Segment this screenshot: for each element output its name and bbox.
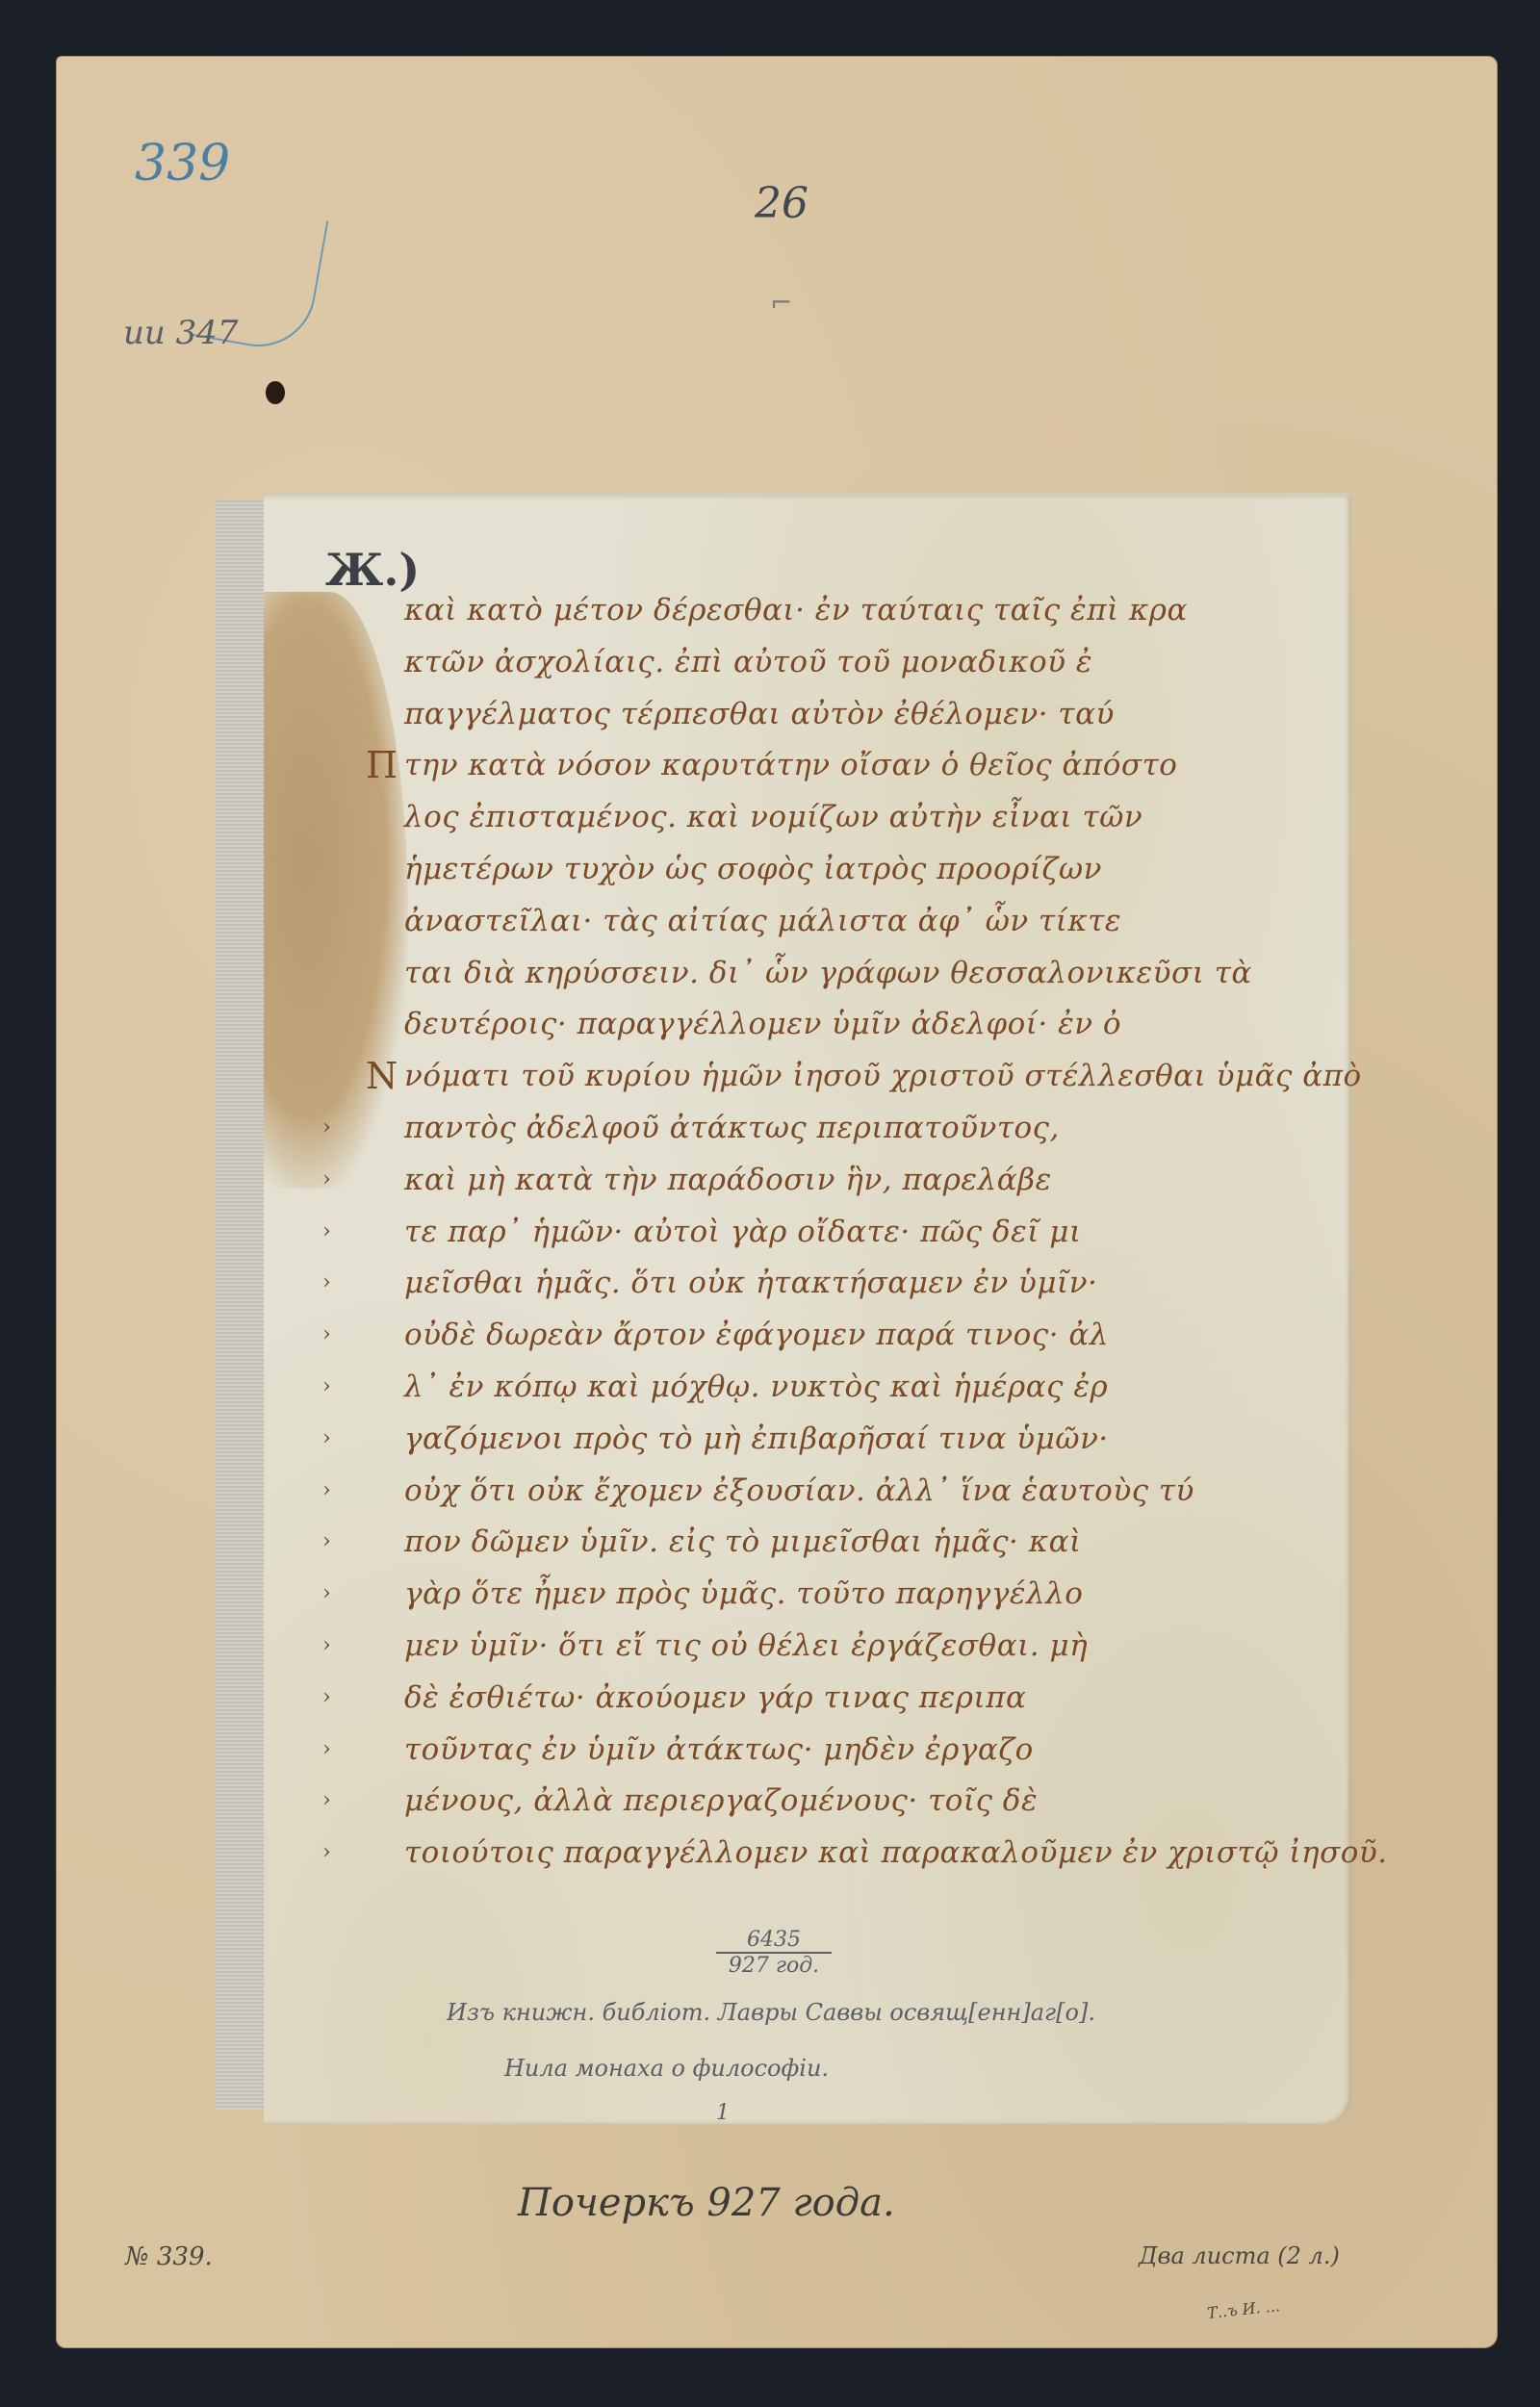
diple-mark: › — [322, 1309, 331, 1361]
text-line: Πτην κατὰ νόσον καρυτάτην οἴσαν ὁ θεῖος … — [404, 739, 1367, 791]
text-line: ›γὰρ ὅτε ἦμεν πρὸς ὑμᾶς. τοῦτο παρηγγέλλ… — [404, 1568, 1367, 1620]
text-line: ›μεν ὑμῖν· ὅτι εἴ τις οὐ θέλει ἐργάζεσθα… — [404, 1620, 1367, 1672]
diple-mark: › — [322, 1102, 331, 1154]
source-note: Изъ книжн. библіот. Лавры Саввы освящ[ен… — [447, 1999, 1095, 2026]
date-note: 6435 927 год. — [716, 1928, 832, 1978]
text-line: ›δὲ ἐσθιέτω· ἀκούομεν γάρ τινας περιπα — [404, 1672, 1367, 1724]
spine-tape — [216, 500, 267, 2110]
text-line: παγγέλματος τέρπεσθαι αὐτὸν ἐθέλομεν· τα… — [404, 688, 1367, 740]
text-line: λος ἐπισταμένος. καὶ νομίζων αὐτὴν εἶναι… — [404, 791, 1367, 843]
diple-mark: › — [322, 1568, 331, 1620]
signature: Т..ъ И. ... — [1206, 2296, 1281, 2322]
diple-mark: › — [322, 1672, 331, 1724]
text-line: ›γαζόμενοι πρὸς τὸ μὴ ἐπιβαρῆσαί τινα ὑμ… — [404, 1413, 1367, 1465]
text-line: Ννόματι τοῦ κυρίου ἡμῶν ἰησοῦ χριστοῦ στ… — [404, 1050, 1367, 1102]
text-line: ›καὶ μὴ κατὰ τὴν παράδοσιν ἣν, παρελάβε — [404, 1154, 1367, 1206]
text-line: ›οὐχ ὅτι οὐκ ἔχομεν ἐξουσίαν. ἀλλ᾽ ἵνα ἑ… — [404, 1465, 1367, 1517]
initial-letter: Π — [366, 739, 398, 791]
text-line: δευτέροις· παραγγέλλομεν ὑμῖν ἀδελφοί· ἐ… — [404, 998, 1367, 1050]
parchment-leaf: Ж.) καὶ κατὸ μέτον δέρεσθαι· ἐν ταύταις … — [264, 493, 1351, 2124]
ad-year: 927 год. — [729, 1954, 819, 1978]
text-line: ›τε παρ᾽ ἡμῶν· αὐτοὶ γὰρ οἴδατε· πῶς δεῖ… — [404, 1206, 1367, 1258]
ink-blot — [266, 381, 285, 404]
diple-mark: › — [322, 1413, 331, 1465]
text-line: ›πον δῶμεν ὑμῖν. εἰς τὸ μιμεῖσθαι ἡμᾶς· … — [404, 1516, 1367, 1568]
handwriting-caption: Почеркъ 927 года. — [518, 2181, 895, 2225]
text-line: ›παντὸς ἀδελφοῦ ἀτάκτως περιπατοῦντος, — [404, 1102, 1367, 1154]
diple-mark: › — [322, 1361, 331, 1413]
text-line: ›μένους, ἀλλὰ περιεργαζομένους· τοῖς δὲ — [404, 1775, 1367, 1827]
folio-bracket-mark: ⌐ — [770, 287, 792, 319]
diple-mark: › — [322, 1620, 331, 1672]
diple-mark: › — [322, 1257, 331, 1309]
text-line: ›τοῦντας ἐν ὑμῖν ἀτάκτως· μηδὲν ἐργαζο — [404, 1724, 1367, 1776]
catalog-number: № 339. — [125, 2242, 213, 2271]
initial-letter: Ν — [366, 1050, 398, 1102]
sheet-mark: 1 — [716, 2101, 730, 2125]
title-note: Нила монаха о философіи. — [504, 2055, 829, 2082]
greek-text-block: καὶ κατὸ μέτον δέρεσθαι· ἐν ταύταις ταῖς… — [404, 584, 1367, 1879]
text-line: ›μεῖσθαι ἡμᾶς. ὅτι οὐκ ἠτακτήσαμεν ἐν ὑμ… — [404, 1257, 1367, 1309]
text-line: ›λ᾽ ἐν κόπῳ καὶ μόχθῳ. νυκτὸς καὶ ἡμέρας… — [404, 1361, 1367, 1413]
diple-mark: › — [322, 1775, 331, 1827]
world-era-year: 6435 — [716, 1928, 832, 1954]
text-line: ›τοιούτοις παραγγέλλομεν καὶ παρακαλοῦμε… — [404, 1827, 1367, 1879]
text-line: ›οὐδὲ δωρεὰν ἄρτον ἐφάγομεν παρά τινος· … — [404, 1309, 1367, 1361]
diple-mark: › — [322, 1516, 331, 1568]
diple-mark: › — [322, 1827, 331, 1879]
diple-mark: › — [322, 1724, 331, 1776]
diple-mark: › — [322, 1154, 331, 1206]
text-line: ἀναστεῖλαι· τὰς αἰτίας μάλιστα ἀφ᾽ ὧν τί… — [404, 895, 1367, 947]
diple-mark: › — [322, 1465, 331, 1517]
text-line: καὶ κατὸ μέτον δέρεσθαι· ἐν ταύταις ταῖς… — [404, 584, 1367, 636]
text-line: ται διὰ κηρύσσειν. δι᾽ ὧν γράφων θεσσαλο… — [404, 947, 1367, 999]
text-line: ἡμετέρων τυχὸν ὡς σοφὸς ἰατρὸς προορίζων — [404, 843, 1367, 895]
inventory-number: ии 347 — [123, 314, 239, 352]
leaves-count: Два листа (2 л.) — [1139, 2242, 1340, 2269]
catalog-number-blue: 339 — [135, 135, 230, 192]
text-line: κτῶν ἀσχολίαις. ἐπὶ αὐτοῦ τοῦ μοναδικοῦ … — [404, 636, 1367, 688]
diple-mark: › — [322, 1206, 331, 1258]
folio-number: 26 — [755, 179, 808, 228]
